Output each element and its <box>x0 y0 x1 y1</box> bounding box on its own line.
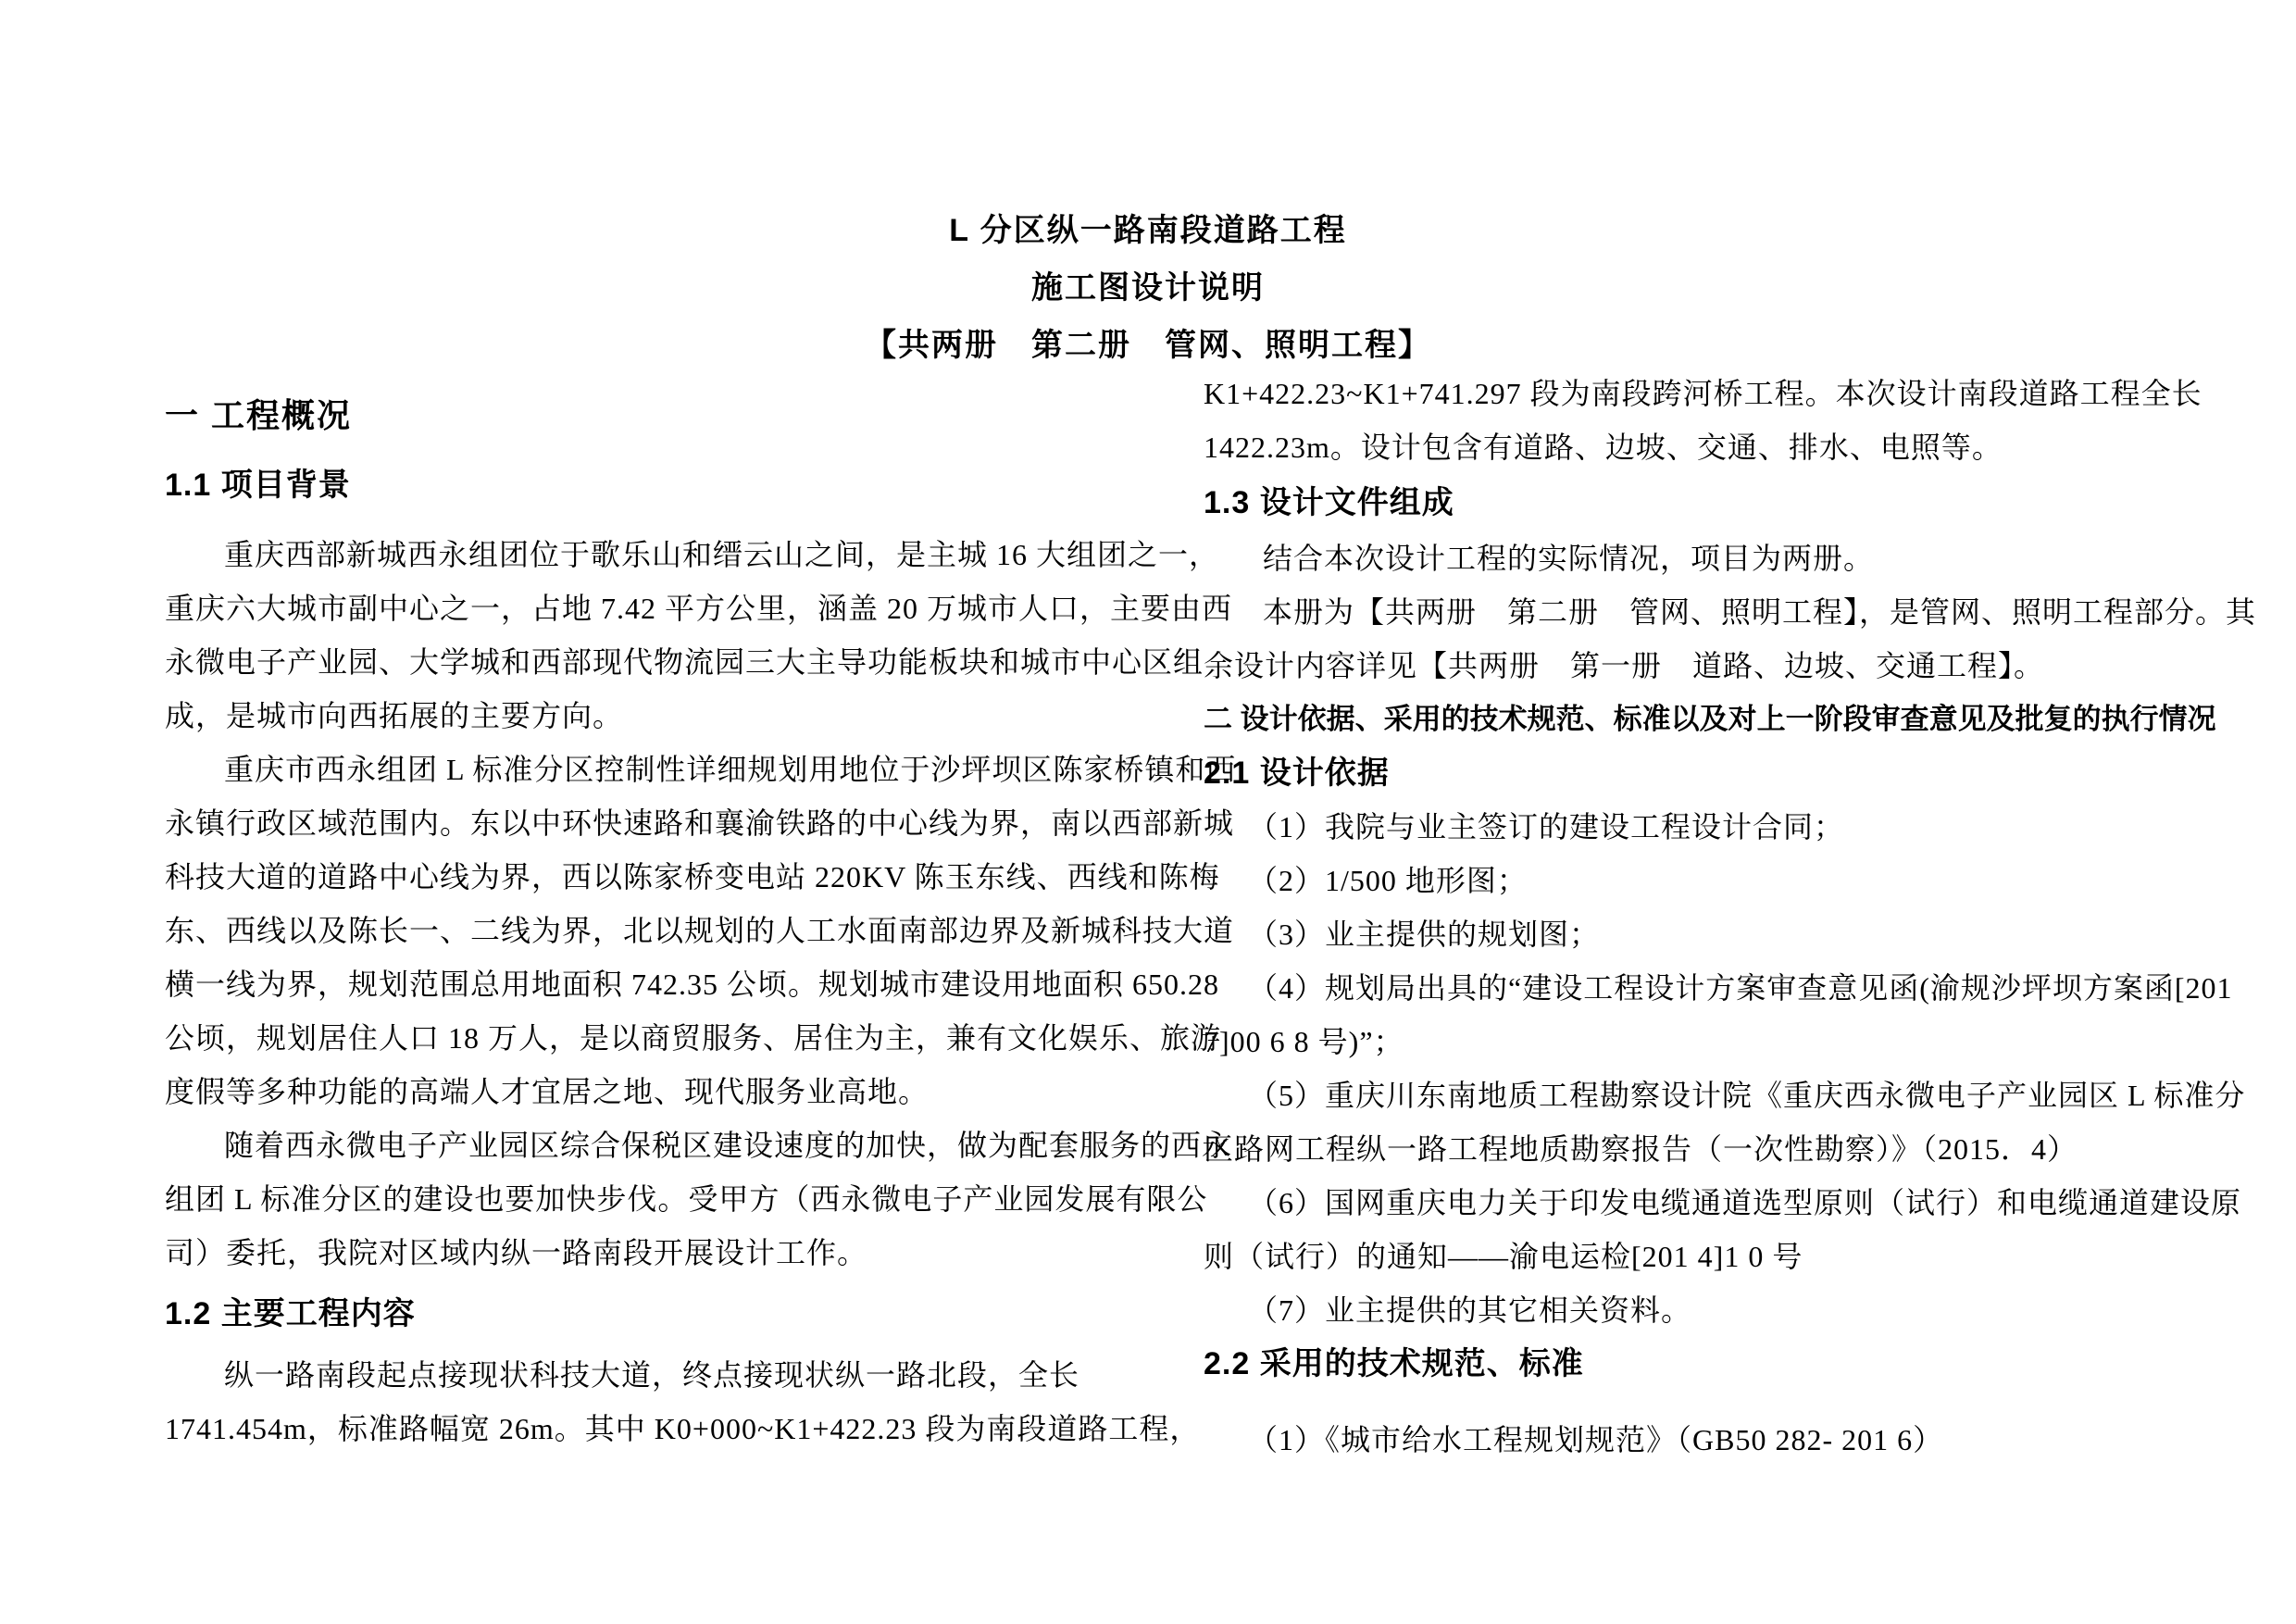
text-line: 横一线为界，规划范围总用地面积 742.35 公顷。规划城市建设用地面积 650… <box>165 957 1132 1011</box>
doc-title: L 分区纵一路南段道路工程 <box>0 202 2296 259</box>
text-line: （5）重庆川东南地质工程勘察设计院《重庆西永微电子产业园区 L 标准分 <box>1204 1068 2222 1122</box>
section-heading: 2.2 采用的技术规范、标准 <box>1204 1337 2222 1391</box>
text-line: 1741.454m，标准路幅宽 26m。其中 K0+000~K1+422.23 … <box>165 1402 1132 1455</box>
text-line: 永镇行政区域范围内。东以中环快速路和襄渝铁路的中心线为界，南以西部新城 <box>165 796 1132 850</box>
text-line: 随着西永微电子产业园区综合保税区建设速度的加快，做为配套服务的西永 <box>165 1118 1132 1172</box>
text-line: 区路网工程纵一路工程地质勘察报告（一次性勘察）》（2015．4） <box>1204 1122 2222 1176</box>
text-line: 纵一路南段起点接现状科技大道，终点接现状纵一路北段，全长 <box>165 1348 1132 1402</box>
text-line: （4）规划局出具的“建设工程设计方案审查意见函(渝规沙坪坝方案函[201 <box>1204 961 2222 1015</box>
section-heading: 二 设计依据、采用的技术规范、标准以及对上一阶段审查意见及批复的执行情况 <box>1204 693 2222 746</box>
document-header: L 分区纵一路南段道路工程 施工图设计说明 【共两册 第二册 管网、照明工程】 <box>0 202 2296 374</box>
text-line: 重庆六大城市副中心之一，占地 7.42 平方公里，涵盖 20 万城市人口，主要由… <box>165 581 1132 635</box>
text-line: 余设计内容详见【共两册 第一册 道路、边坡、交通工程】。 <box>1204 639 2222 693</box>
text-line: 成，是城市向西拓展的主要方向。 <box>165 689 1132 743</box>
text-line: （6）国网重庆电力关于印发电缆通道选型原则（试行）和电缆通道建设原 <box>1204 1176 2222 1230</box>
section-heading: 一 工程概况 <box>165 389 1132 443</box>
text-line: 本册为【共两册 第二册 管网、照明工程】，是管网、照明工程部分。其 <box>1204 585 2222 639</box>
text-line: （3）业主提供的规划图； <box>1204 907 2222 961</box>
text-line: （7）业主提供的其它相关资料。 <box>1204 1283 2222 1337</box>
text-line: 公顷，规划居住人口 18 万人，是以商贸服务、居住为主，兼有文化娱乐、旅游 <box>165 1011 1132 1065</box>
text-line: 重庆市西永组团 L 标准分区控制性详细规划用地位于沙坪坝区陈家桥镇和西 <box>165 743 1132 796</box>
text-line: （1）《城市给水工程规划规范》（GB50 282- 201 6） <box>1204 1413 2222 1467</box>
text-line: 度假等多种功能的高端人才宜居之地、现代服务业高地。 <box>165 1065 1132 1118</box>
section-heading: 2.1 设计依据 <box>1204 746 2222 800</box>
section-heading: 1.3 设计文件组成 <box>1204 476 2222 530</box>
text-line: K1+422.23~K1+741.297 段为南段跨河桥工程。本次设计南段道路工… <box>1204 367 2222 420</box>
text-line: 结合本次设计工程的实际情况，项目为两册。 <box>1204 531 2222 585</box>
text-line: 组团 L 标准分区的建设也要加快步伐。受甲方（西永微电子产业园发展有限公 <box>165 1172 1132 1226</box>
text-line: 重庆西部新城西永组团位于歌乐山和缙云山之间，是主城 16 大组团之一， <box>165 528 1132 581</box>
right-column: K1+422.23~K1+741.297 段为南段跨河桥工程。本次设计南段道路工… <box>1204 367 2222 1467</box>
text-line: 1422.23m。设计包含有道路、边坡、交通、排水、电照等。 <box>1204 420 2222 474</box>
section-heading: 1.2 主要工程内容 <box>165 1287 1132 1341</box>
document-page: L 分区纵一路南段道路工程 施工图设计说明 【共两册 第二册 管网、照明工程】 … <box>0 0 2296 1624</box>
text-line: （1）我院与业主签订的建设工程设计合同； <box>1204 800 2222 854</box>
section-heading: 1.1 项目背景 <box>165 458 1132 512</box>
doc-volume-line: 【共两册 第二册 管网、照明工程】 <box>0 317 2296 374</box>
text-line: （2）1/500 地形图； <box>1204 854 2222 907</box>
text-line: 7]00 6 8 号)”； <box>1204 1015 2222 1068</box>
text-line: 则（试行）的通知——渝电运检[201 4]1 0 号 <box>1204 1230 2222 1283</box>
doc-subtitle: 施工图设计说明 <box>0 259 2296 317</box>
text-line: 司）委托，我院对区域内纵一路南段开展设计工作。 <box>165 1226 1132 1280</box>
text-line: 永微电子产业园、大学城和西部现代物流园三大主导功能板块和城市中心区组 <box>165 635 1132 689</box>
text-line: 东、西线以及陈长一、二线为界，北以规划的人工水面南部边界及新城科技大道 <box>165 904 1132 957</box>
text-line: 科技大道的道路中心线为界，西以陈家桥变电站 220KV 陈玉东线、西线和陈梅 <box>165 850 1132 904</box>
left-column: 一 工程概况1.1 项目背景重庆西部新城西永组团位于歌乐山和缙云山之间，是主城 … <box>165 389 1132 1455</box>
